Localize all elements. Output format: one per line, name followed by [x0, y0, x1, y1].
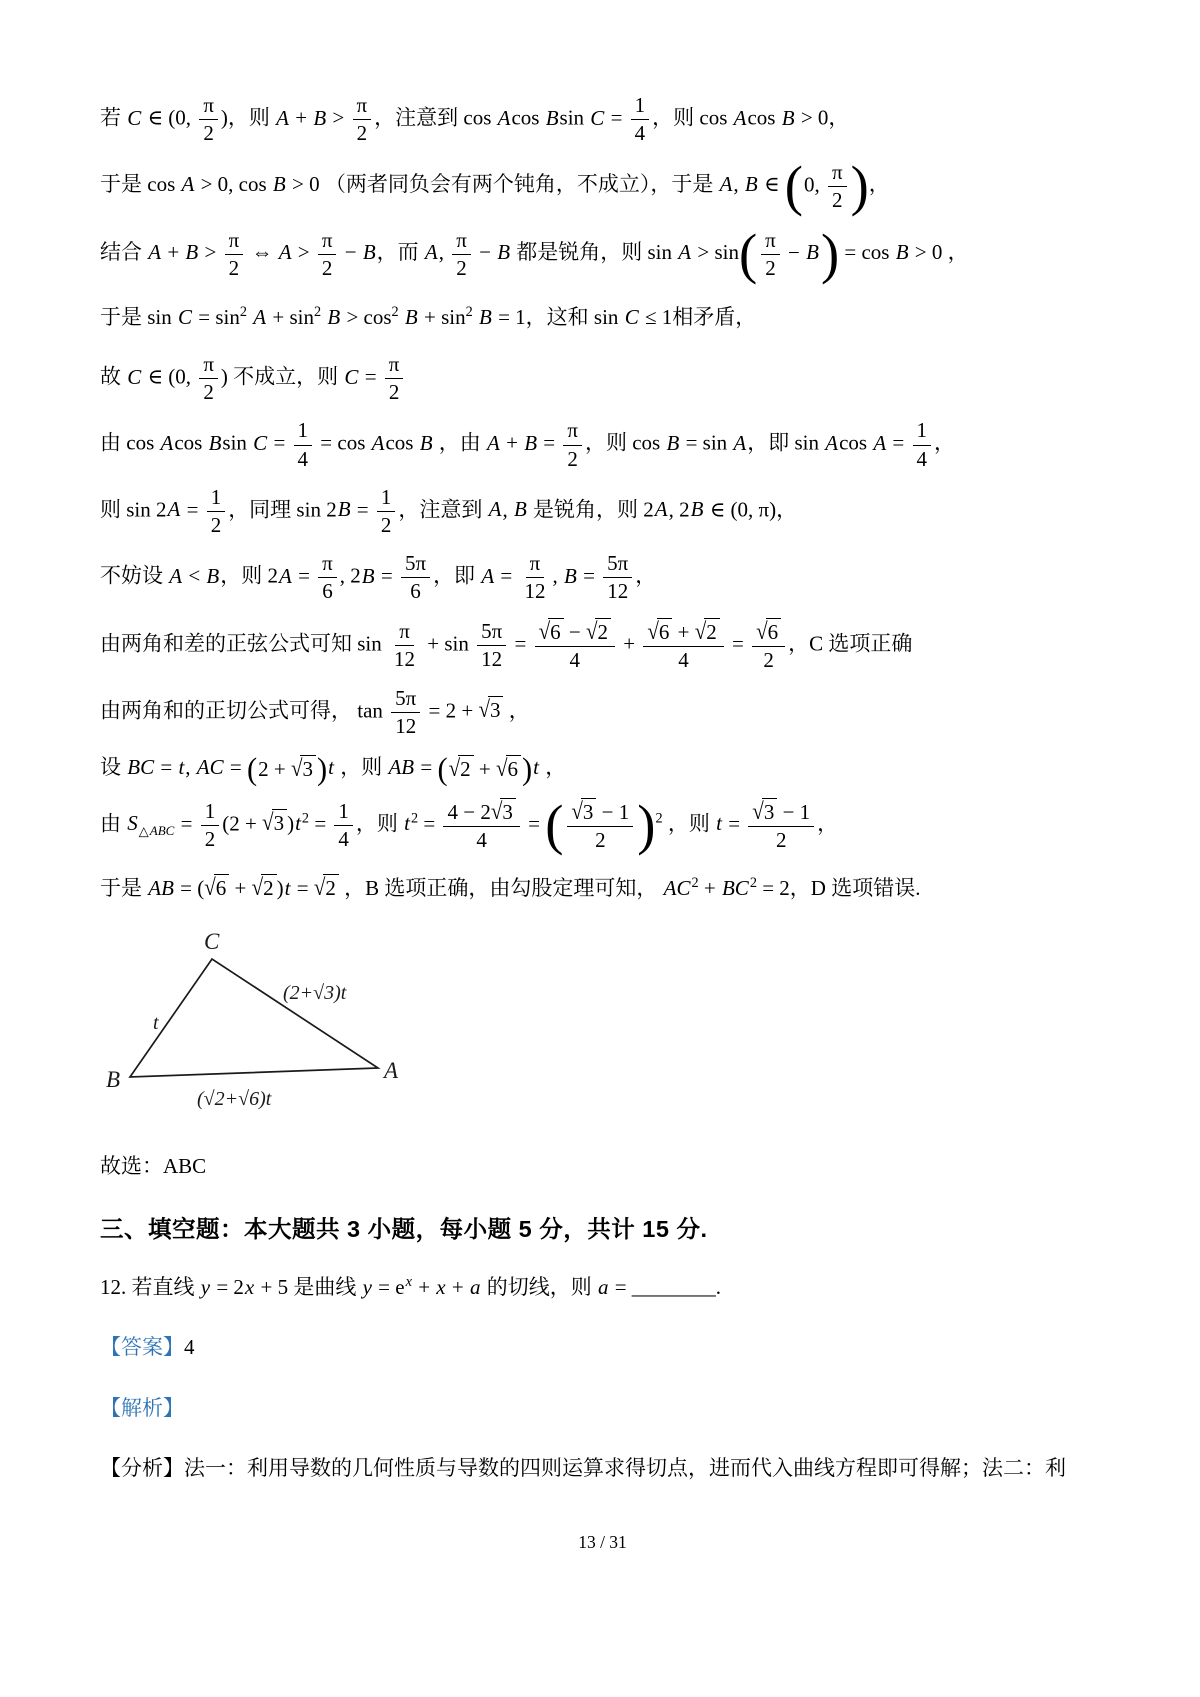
solution-line: 设 BC = t, AC = (2 + √3)t ，则 AB = (√2 + √…: [100, 752, 1105, 784]
solution-line: 于是 sin C = sin2 A + sin2 B > cos2 B + si…: [100, 302, 1105, 332]
page-number: 13 / 31: [100, 1532, 1105, 1593]
solution-line: 则 sin 2A = 12，同理 sin 2B = 12，注意到 A, B 是锐…: [100, 485, 1105, 538]
side-label-ca: (2+√3)t: [283, 982, 347, 1004]
analysis-text-line: 【分析】法一：利用导数的几何性质与导数的四则运算求得切点，进而代入曲线方程即可得…: [100, 1453, 1105, 1483]
side-label-bc: t: [153, 1012, 159, 1034]
solution-line: 结合 A + B > π2 ⇔ A > π2 − B，而 A, π2 − B 都…: [100, 227, 1105, 282]
triangle-svg: C B A t (2+√3)t (√2+√6)t: [100, 925, 500, 1125]
triangle-outline: [130, 959, 378, 1077]
solution-line: 不妨设 A < B，则 2A = π6, 2B = 5π6，即 A = π12,…: [100, 551, 1105, 604]
solution-line: 故 C ∈ (0, π2) 不成立，则 C = π2: [100, 352, 1105, 405]
solution-line: 由 S△ABC = 12(2 + √3)t2 = 14，则 t2 = 4 − 2…: [100, 798, 1105, 853]
answer-line: 【答案】4: [100, 1332, 1105, 1362]
triangle-figure: C B A t (2+√3)t (√2+√6)t: [100, 925, 1105, 1131]
solution-line: 于是 cos A > 0, cos B > 0 （两者同负会有两个钝角，不成立）…: [100, 159, 1105, 214]
solution-line: 若 C ∈ (0, π2)，则 A + B > π2，注意到 cos Acos …: [100, 93, 1105, 146]
solution-line: 于是 AB = (√6 + √2)t = √2 ，B 选项正确，由勾股定理可知，…: [100, 873, 1105, 903]
solution-line: 由两角和差的正弦公式可知 sin π12 + sin 5π12 = √6 − √…: [100, 618, 1105, 673]
vertex-label-a: A: [382, 1058, 399, 1083]
vertex-label-c: C: [204, 929, 220, 954]
vertex-label-b: B: [106, 1067, 120, 1092]
solution-line: 由两角和的正切公式可得， tan 5π12 = 2 + √3 ，: [100, 686, 1105, 739]
analysis-header-line: 【解析】: [100, 1393, 1105, 1423]
solution-line: 由 cos Acos Bsin C = 14 = cos Acos B ，由 A…: [100, 418, 1105, 471]
answer-choice-line: 故选：ABC: [100, 1151, 1105, 1181]
section-heading: 三、填空题：本大题共 3 小题，每小题 5 分，共计 15 分.: [100, 1212, 1105, 1246]
solution-lines-b: 故选：ABC三、填空题：本大题共 3 小题，每小题 5 分，共计 15 分.12…: [100, 1151, 1105, 1483]
side-label-ab: (√2+√6)t: [197, 1088, 272, 1110]
document-page: 若 C ∈ (0, π2)，则 A + B > π2，注意到 cos Acos …: [0, 0, 1200, 1697]
question-12: 12. 若直线 y = 2x + 5 是曲线 y = ex + x + a 的切…: [100, 1272, 1105, 1302]
solution-lines-a: 若 C ∈ (0, π2)，则 A + B > π2，注意到 cos Acos …: [100, 93, 1105, 903]
